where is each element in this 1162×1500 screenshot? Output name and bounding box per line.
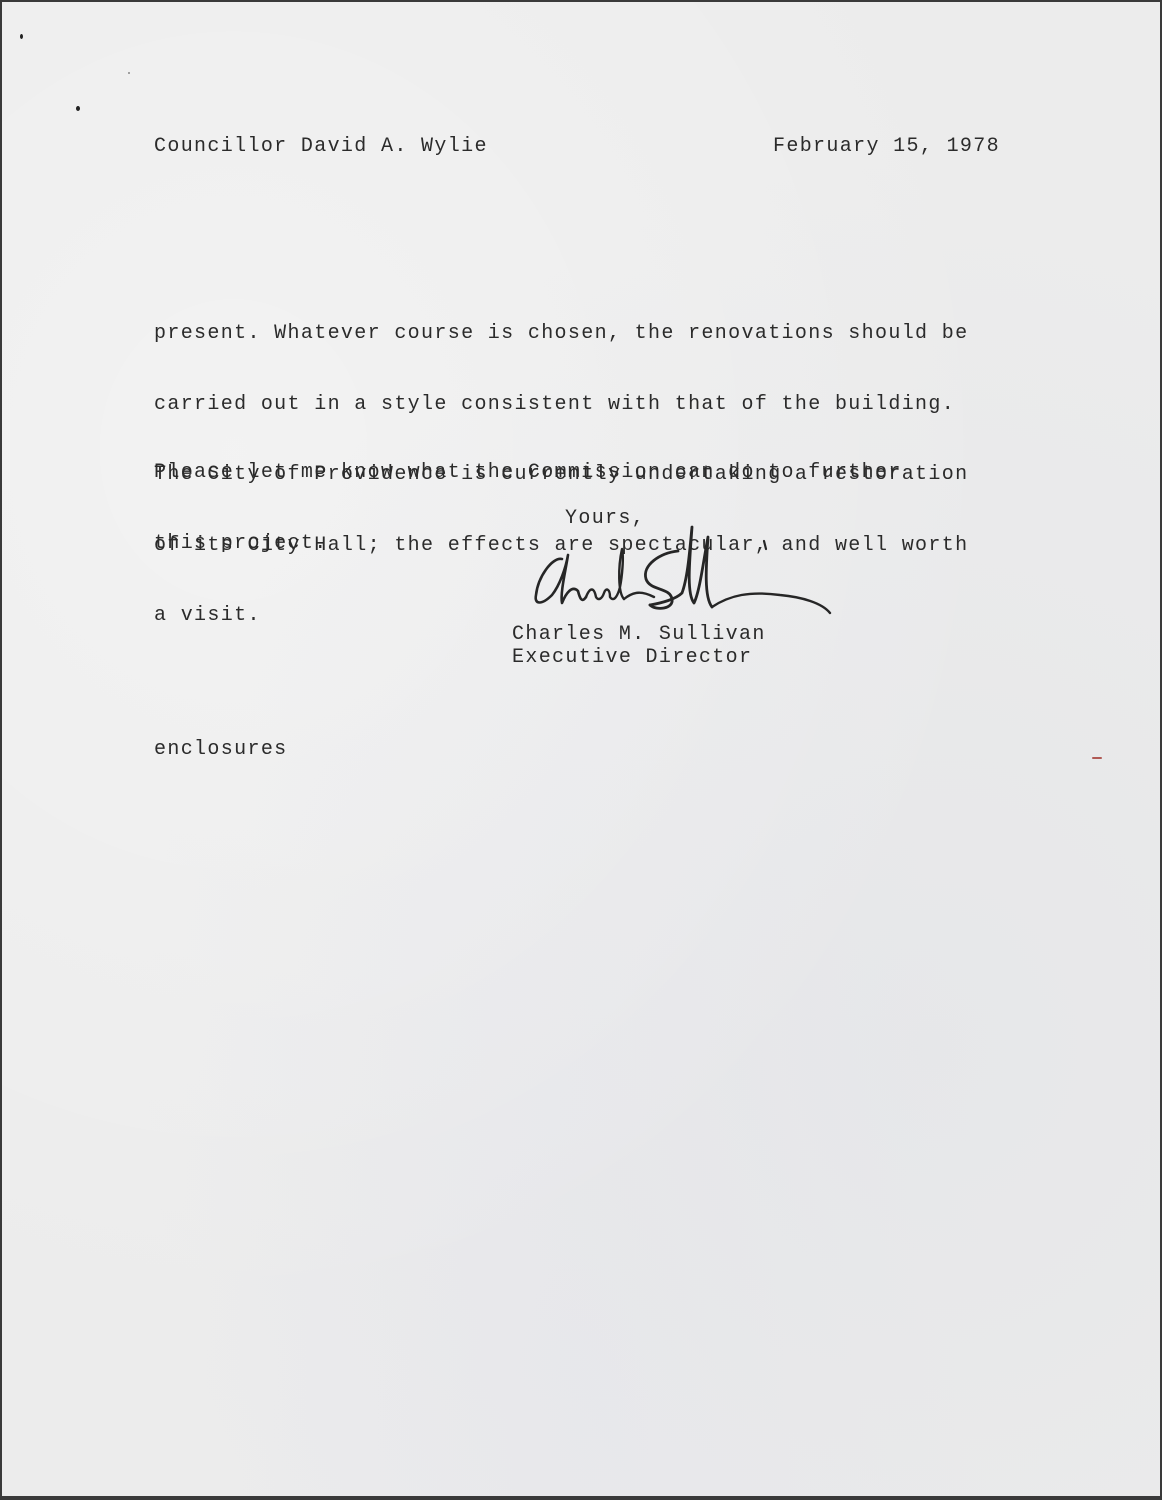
signature-icon bbox=[530, 507, 840, 622]
scan-speck bbox=[76, 106, 80, 111]
scan-speck bbox=[128, 72, 130, 74]
body-line: Please let me know what the Commission c… bbox=[154, 461, 902, 485]
body-line: present. Whatever course is chosen, the … bbox=[154, 322, 968, 346]
recipient-line: Councillor David A. Wylie bbox=[154, 135, 488, 159]
letter-page: Councillor David A. Wylie February 15, 1… bbox=[2, 2, 1160, 1496]
body-line: carried out in a style consistent with t… bbox=[154, 393, 968, 417]
scan-speck bbox=[1092, 757, 1102, 759]
scan-speck bbox=[20, 34, 23, 39]
enclosures-note: enclosures bbox=[154, 738, 288, 762]
signatory-name: Charles M. Sullivan bbox=[512, 623, 766, 647]
signatory-title: Executive Director bbox=[512, 646, 752, 670]
letter-date: February 15, 1978 bbox=[773, 135, 1000, 159]
